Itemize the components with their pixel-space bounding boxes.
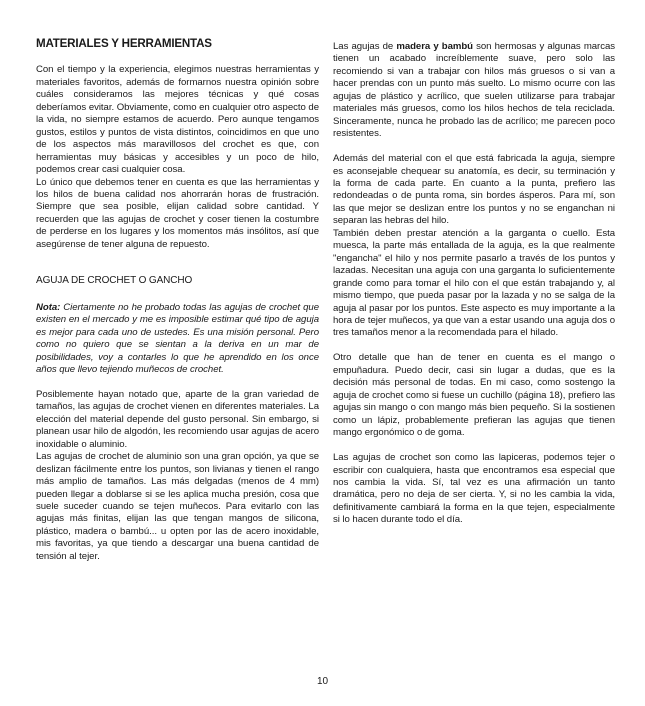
body-paragraph-2: Las agujas de crochet de aluminio son un…	[36, 451, 319, 563]
subsection-title: AGUJA DE CROCHET O GANCHO	[36, 275, 319, 287]
closing-paragraph: Las agujas de crochet son como las lapic…	[333, 452, 615, 527]
anatomy-paragraph: Además del material con el que está fabr…	[333, 153, 615, 228]
handle-paragraph: Otro detalle que han de tener en cuenta …	[333, 352, 615, 439]
note-label: Nota:	[36, 302, 60, 313]
note-paragraph: Nota: Ciertamente no he probado todas la…	[36, 302, 319, 377]
section-title: MATERIALES Y HERRAMIENTAS	[36, 38, 319, 50]
wood-bamboo-paragraph: Las agujas de madera y bambú son hermosa…	[333, 41, 615, 141]
right-column: Las agujas de madera y bambú son hermosa…	[333, 41, 615, 527]
body-paragraph-1: Posiblemente hayan notado que, aparte de…	[36, 389, 319, 451]
intro-paragraph-1: Con el tiempo y la experiencia, elegimos…	[36, 64, 319, 176]
left-column: MATERIALES Y HERRAMIENTAS Con el tiempo …	[36, 38, 319, 563]
text: Las agujas de	[333, 41, 396, 52]
page-number: 10	[0, 676, 645, 687]
note-text: Ciertamente no he probado todas las aguj…	[36, 302, 319, 375]
emphasis: madera y bambú	[396, 41, 473, 52]
text: son hermosas y algunas marcas tienen un …	[333, 41, 615, 139]
throat-paragraph: También deben prestar atención a la garg…	[333, 228, 615, 340]
intro-paragraph-2: Lo único que debemos tener en cuenta es …	[36, 177, 319, 252]
